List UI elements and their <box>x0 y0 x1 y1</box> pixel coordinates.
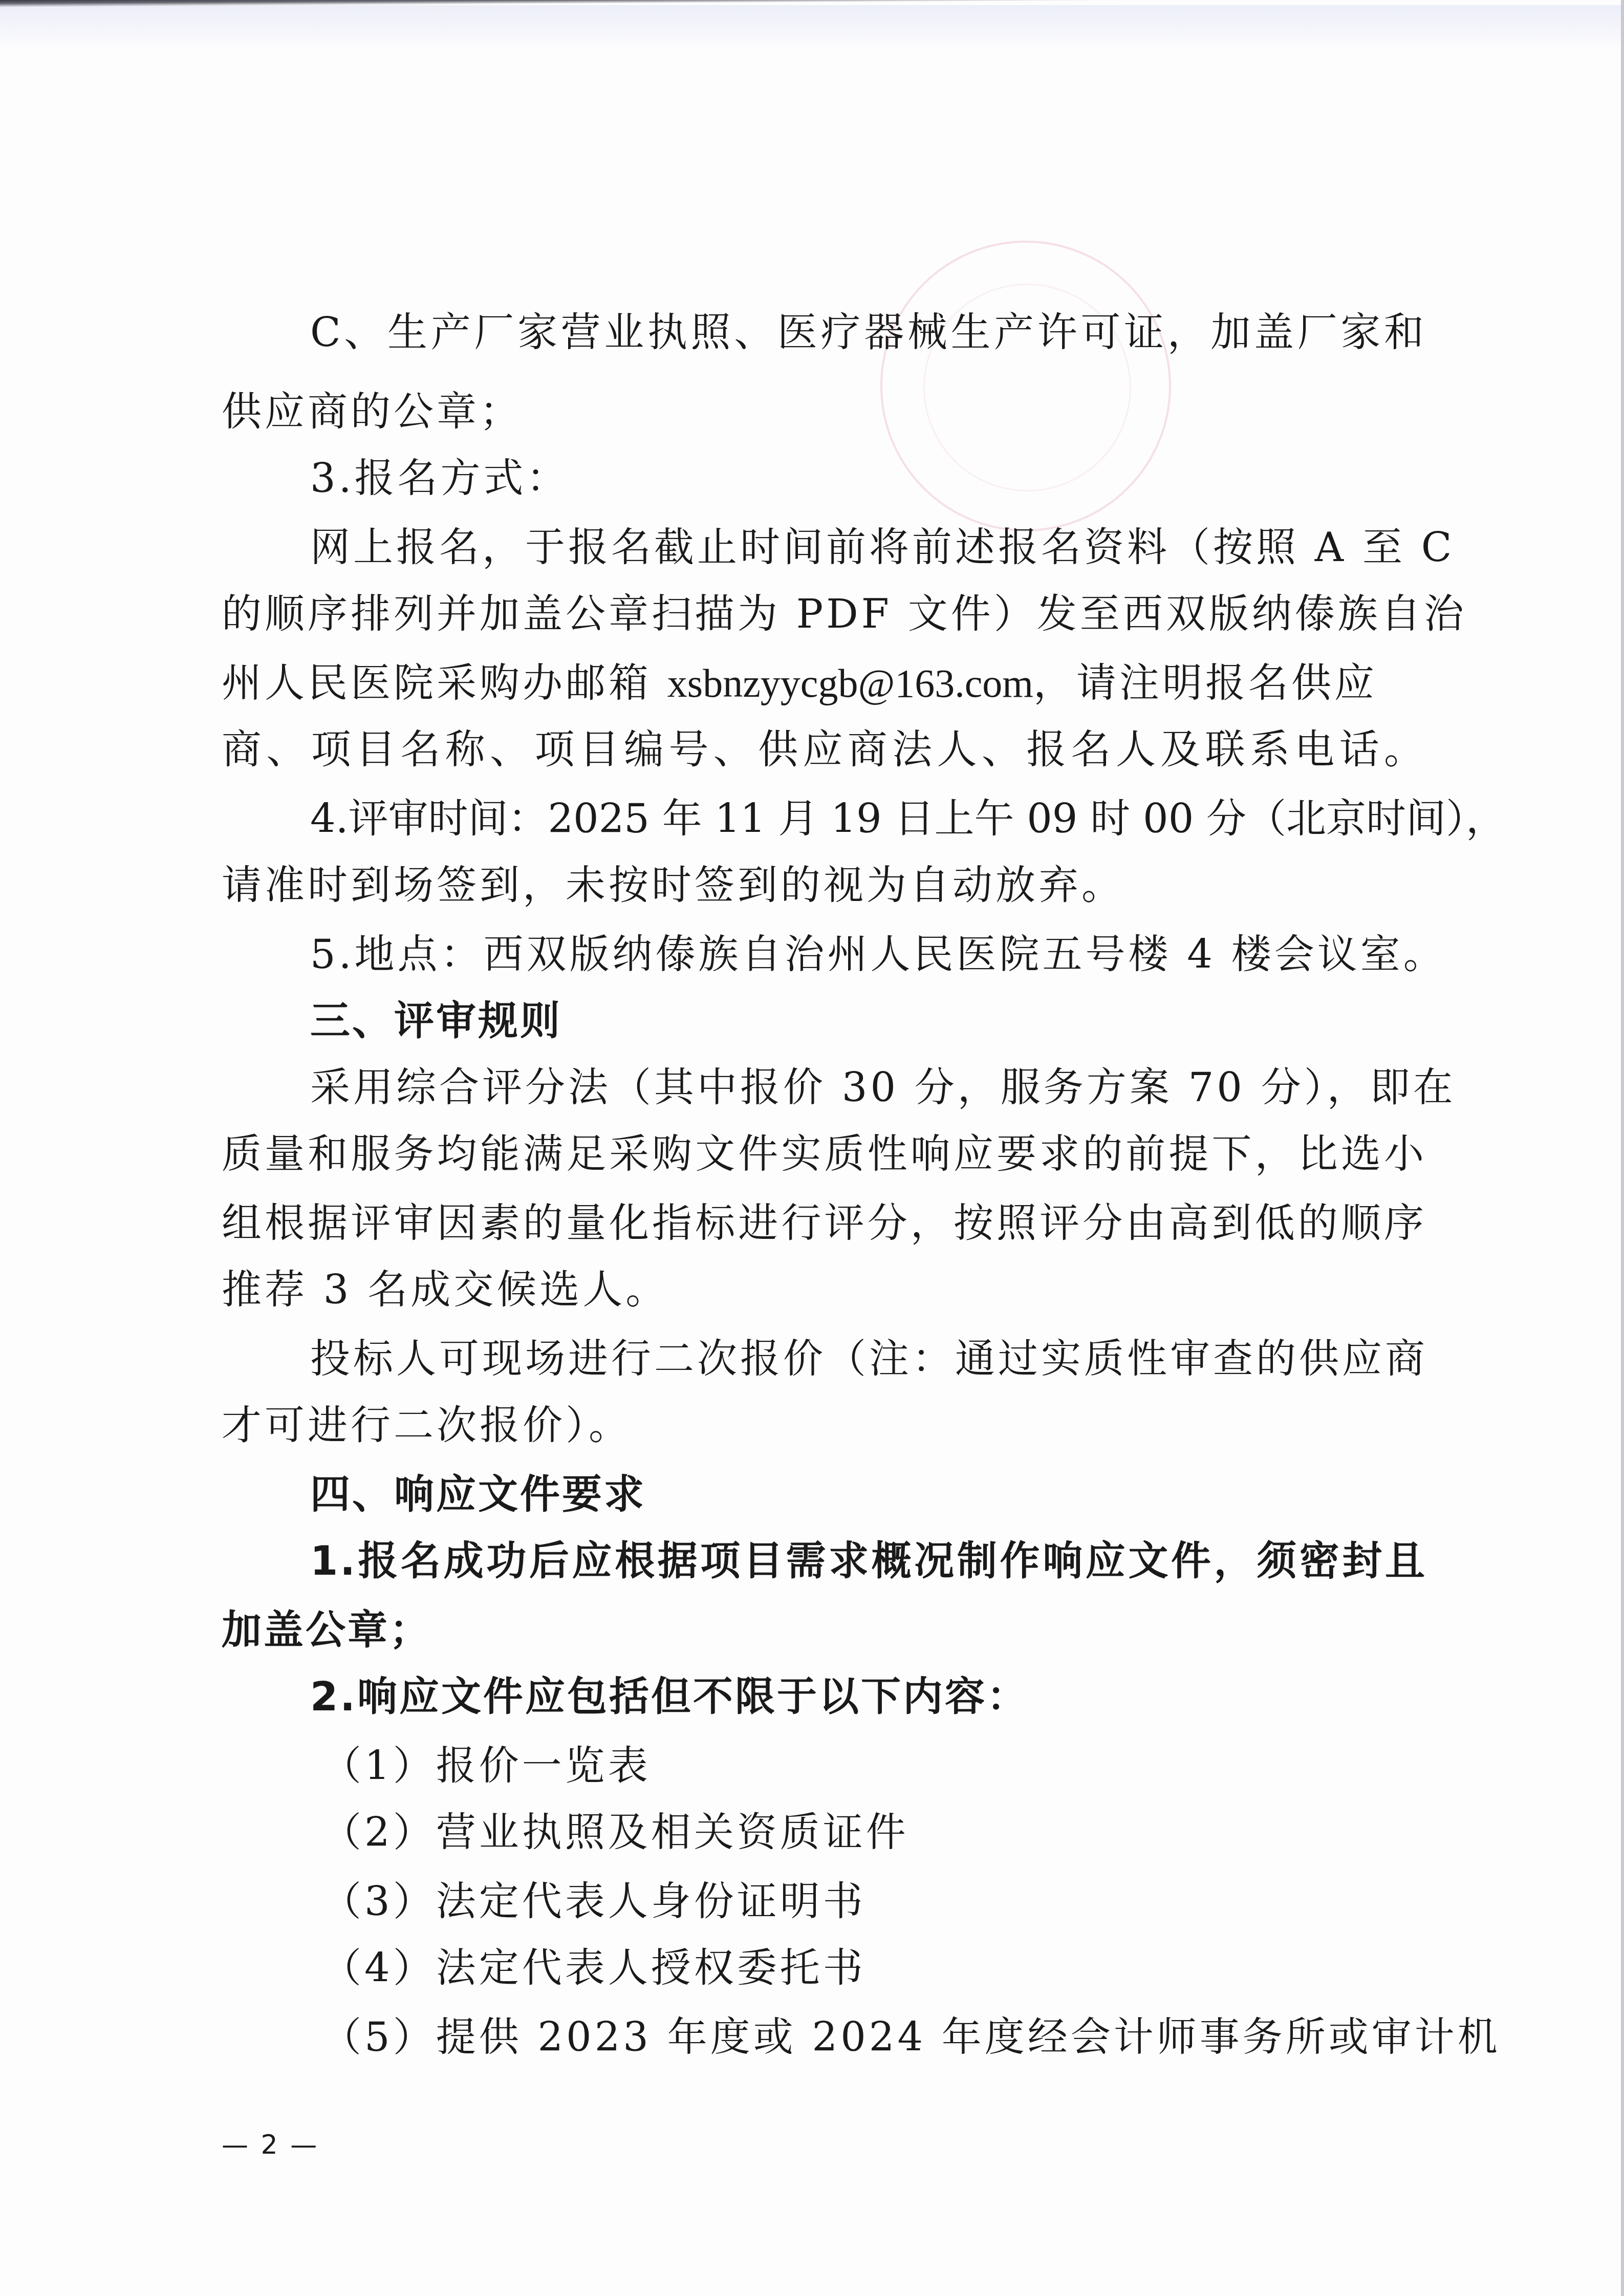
text-line: 的顺序排列并加盖公章扫描为 PDF 文件）发至西双版纳傣族自治 <box>222 589 1427 640</box>
text-line: 商、项目名称、项目编号、供应商法人、报名人及联系电话。 <box>222 724 1427 776</box>
list-item: （4）法定代表人授权委托书 <box>321 1943 866 1994</box>
text-line: 4.评审时间：2025 年 11 月 19 日上午 09 时 00 分（北京时间… <box>310 793 1427 845</box>
scan-top-tint <box>0 5 1624 51</box>
text-line: 推荐 3 名成交候选人。 <box>222 1264 668 1316</box>
text-line: 5.地点：西双版纳傣族自治州人民医院五号楼 4 楼会议室。 <box>310 929 1446 980</box>
text-line: 质量和服务均能满足采购文件实质性响应要求的前提下，比选小 <box>222 1129 1427 1180</box>
text-line-with-email: 州人民医院采购办邮箱 xsbnzyycgb@163.com，请注明报名供应 <box>222 658 1377 709</box>
text-line: 才可进行二次报价）。 <box>222 1400 632 1451</box>
text-line: 组根据评审因素的量化指标进行评分，按照评分由高到低的顺序 <box>222 1198 1427 1249</box>
text-fragment: ，请注明报名供应 <box>1033 660 1377 706</box>
text-line: C、生产厂家营业执照、医疗器械生产许可证，加盖厂家和 <box>310 307 1427 358</box>
scan-right-edge <box>1621 0 1624 2296</box>
bold-text-line: 2.响应文件应包括但不限于以下内容： <box>310 1671 1029 1723</box>
text-line: 采用综合评分法（其中报价 30 分，服务方案 70 分），即在 <box>310 1062 1427 1113</box>
text-line: 供应商的公章； <box>222 387 523 438</box>
list-item: （5）提供 2023 年度或 2024 年度经会计师事务所或审计机 <box>321 2012 1427 2063</box>
section-heading: 四、响应文件要求 <box>310 1469 646 1520</box>
text-fragment: 州人民医院采购办邮箱 <box>222 660 667 706</box>
bold-text-line: 加盖公章； <box>222 1605 431 1656</box>
section-heading: 三、评审规则 <box>310 996 562 1047</box>
text-line: 请准时到场签到，未按时签到的视为自动放弃。 <box>222 860 1124 911</box>
text-line: 投标人可现场进行二次报价（注：通过实质性审查的供应商 <box>310 1334 1427 1385</box>
faded-official-seal <box>880 241 1171 531</box>
list-item: （2）营业执照及相关资质证件 <box>321 1807 909 1858</box>
text-line: 网上报名，于报名截止时间前将前述报名资料（按照 A 至 C <box>310 522 1427 573</box>
subsection-heading: 3.报名方式： <box>310 453 569 504</box>
list-item: （3）法定代表人身份证明书 <box>321 1876 866 1927</box>
bold-text-line: 1.报名成功后应根据项目需求概况制作响应文件，须密封且 <box>310 1536 1427 1587</box>
list-item: （1）报价一览表 <box>321 1741 651 1792</box>
page-number: — 2 — <box>222 2130 319 2160</box>
email-address: xsbnzyycgb@163.com <box>667 661 1033 705</box>
